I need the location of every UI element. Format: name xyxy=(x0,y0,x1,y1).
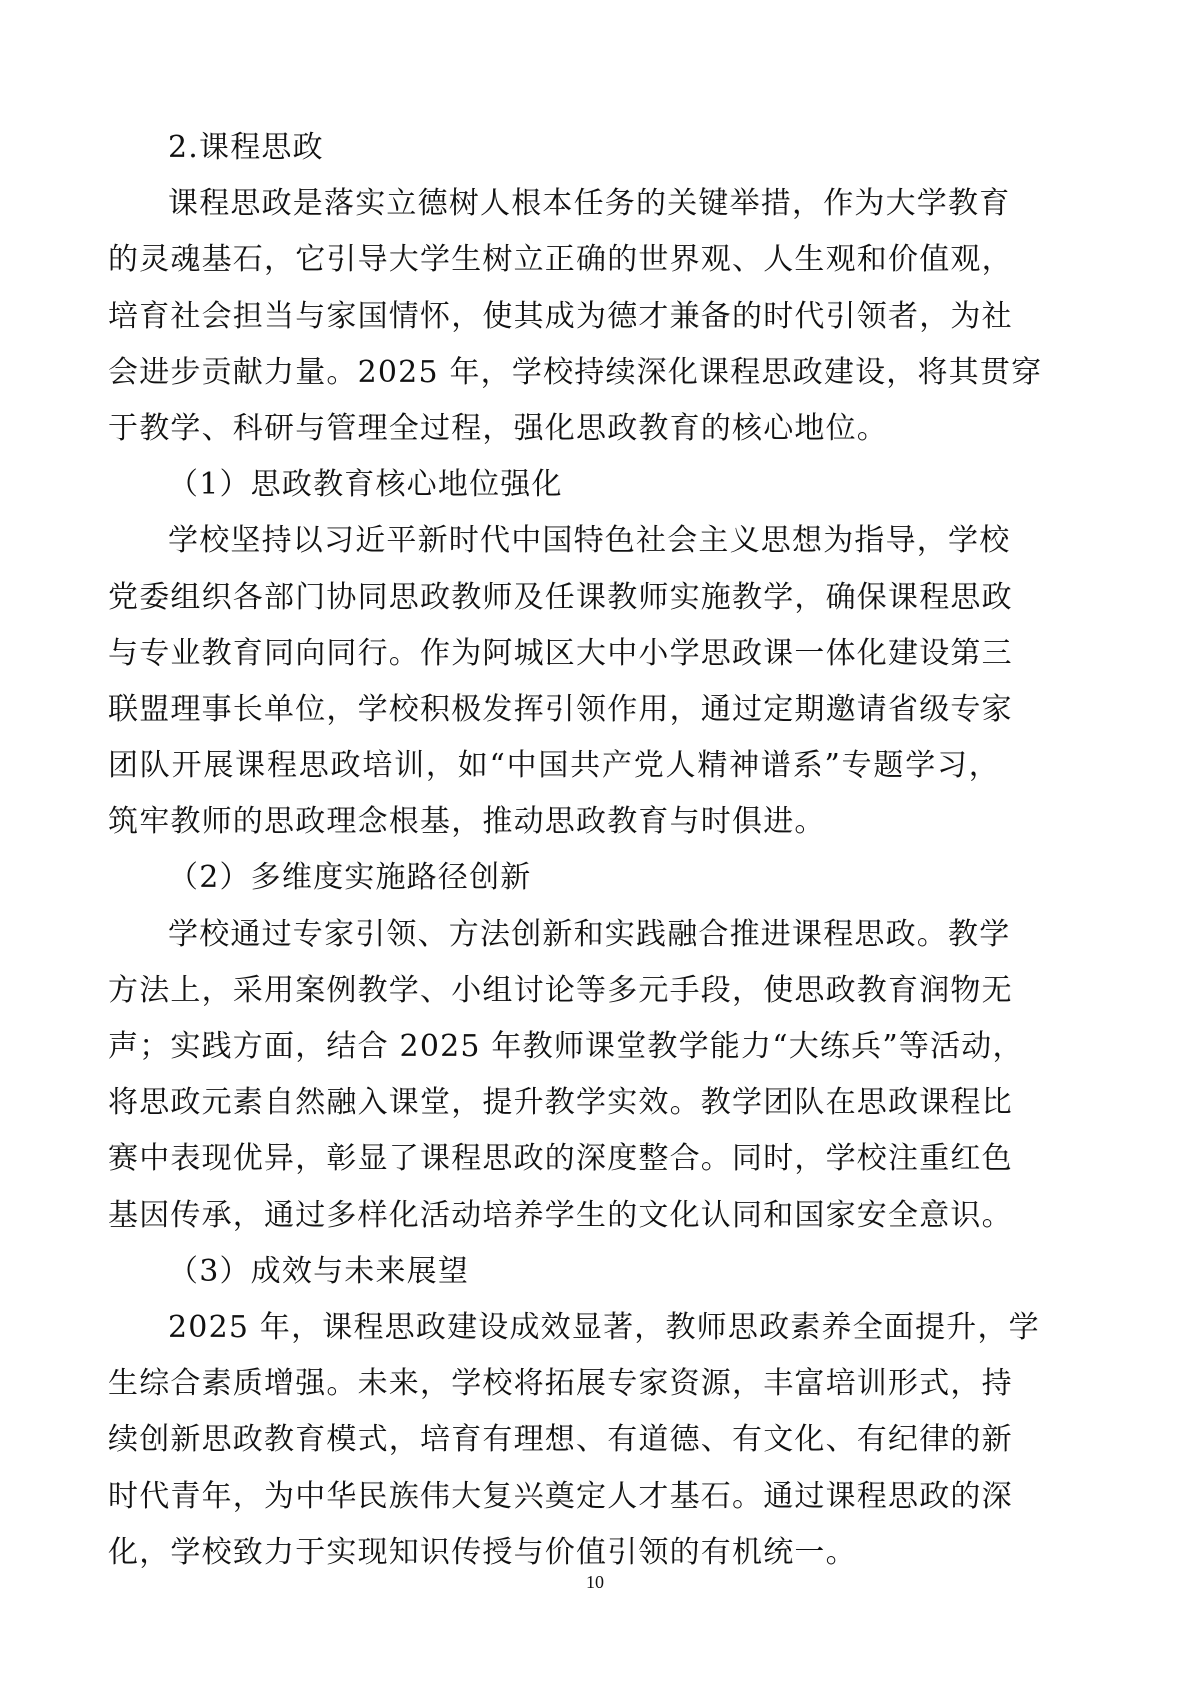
paragraph-line: 联盟理事长单位，学校积极发挥引领作用，通过定期邀请省级专家 xyxy=(108,682,1000,738)
section-title: 2.课程思政 xyxy=(108,120,1000,176)
paragraph-line: 时代青年，为中华民族伟大复兴奠定人才基石。通过课程思政的深 xyxy=(108,1469,1000,1525)
subsection-3-paragraph: 2025 年，课程思政建设成效显著，教师思政素养全面提升，学 生综合素质增强。未… xyxy=(108,1300,1000,1581)
paragraph-line: 于教学、科研与管理全过程，强化思政教育的核心地位。 xyxy=(108,401,1000,457)
paragraph-line: 基因传承，通过多样化活动培养学生的文化认同和国家安全意识。 xyxy=(108,1188,1000,1244)
paragraph-line: 将思政元素自然融入课堂，提升教学实效。教学团队在思政课程比 xyxy=(108,1075,1000,1131)
paragraph-line: 续创新思政教育模式，培育有理想、有道德、有文化、有纪律的新 xyxy=(108,1412,1000,1468)
paragraph-line: 的灵魂基石，它引导大学生树立正确的世界观、人生观和价值观， xyxy=(108,232,1000,288)
paragraph-line: 方法上，采用案例教学、小组讨论等多元手段，使思政教育润物无 xyxy=(108,963,1000,1019)
paragraph-line: 团队开展课程思政培训，如“中国共产党人精神谱系”专题学习， xyxy=(108,738,1000,794)
paragraph-line: 赛中表现优异，彰显了课程思政的深度整合。同时，学校注重红色 xyxy=(108,1131,1000,1187)
subsection-title-3: （3）成效与未来展望 xyxy=(108,1244,1000,1300)
intro-paragraph: 课程思政是落实立德树人根本任务的关键举措，作为大学教育 的灵魂基石，它引导大学生… xyxy=(108,176,1000,457)
subsection-title-1: （1）思政教育核心地位强化 xyxy=(108,457,1000,513)
paragraph-line: 党委组织各部门协同思政教师及任课教师实施教学，确保课程思政 xyxy=(108,570,1000,626)
subsection-1-paragraph: 学校坚持以习近平新时代中国特色社会主义思想为指导，学校 党委组织各部门协同思政教… xyxy=(108,513,1000,850)
paragraph-line: 培育社会担当与家国情怀，使其成为德才兼备的时代引领者，为社 xyxy=(108,289,1000,345)
paragraph-line: 生综合素质增强。未来，学校将拓展专家资源，丰富培训形式，持 xyxy=(108,1356,1000,1412)
subsection-2-paragraph: 学校通过专家引领、方法创新和实践融合推进课程思政。教学 方法上，采用案例教学、小… xyxy=(108,907,1000,1244)
paragraph-line: 筑牢教师的思政理念根基，推动思政教育与时俱进。 xyxy=(108,794,1000,850)
document-page: 2.课程思政 课程思政是落实立德树人根本任务的关键举措，作为大学教育 的灵魂基石… xyxy=(108,120,1000,1581)
paragraph-line: 2025 年，课程思政建设成效显著，教师思政素养全面提升，学 xyxy=(108,1300,1000,1356)
paragraph-line: 学校坚持以习近平新时代中国特色社会主义思想为指导，学校 xyxy=(108,513,1000,569)
paragraph-line: 学校通过专家引领、方法创新和实践融合推进课程思政。教学 xyxy=(108,907,1000,963)
paragraph-line: 与专业教育同向同行。作为阿城区大中小学思政课一体化建设第三 xyxy=(108,626,1000,682)
page-number: 10 xyxy=(0,1572,1190,1593)
paragraph-line: 会进步贡献力量。2025 年，学校持续深化课程思政建设，将其贯穿 xyxy=(108,345,1000,401)
subsection-title-2: （2）多维度实施路径创新 xyxy=(108,850,1000,906)
paragraph-line: 声；实践方面，结合 2025 年教师课堂教学能力“大练兵”等活动， xyxy=(108,1019,1000,1075)
paragraph-line: 课程思政是落实立德树人根本任务的关键举措，作为大学教育 xyxy=(108,176,1000,232)
